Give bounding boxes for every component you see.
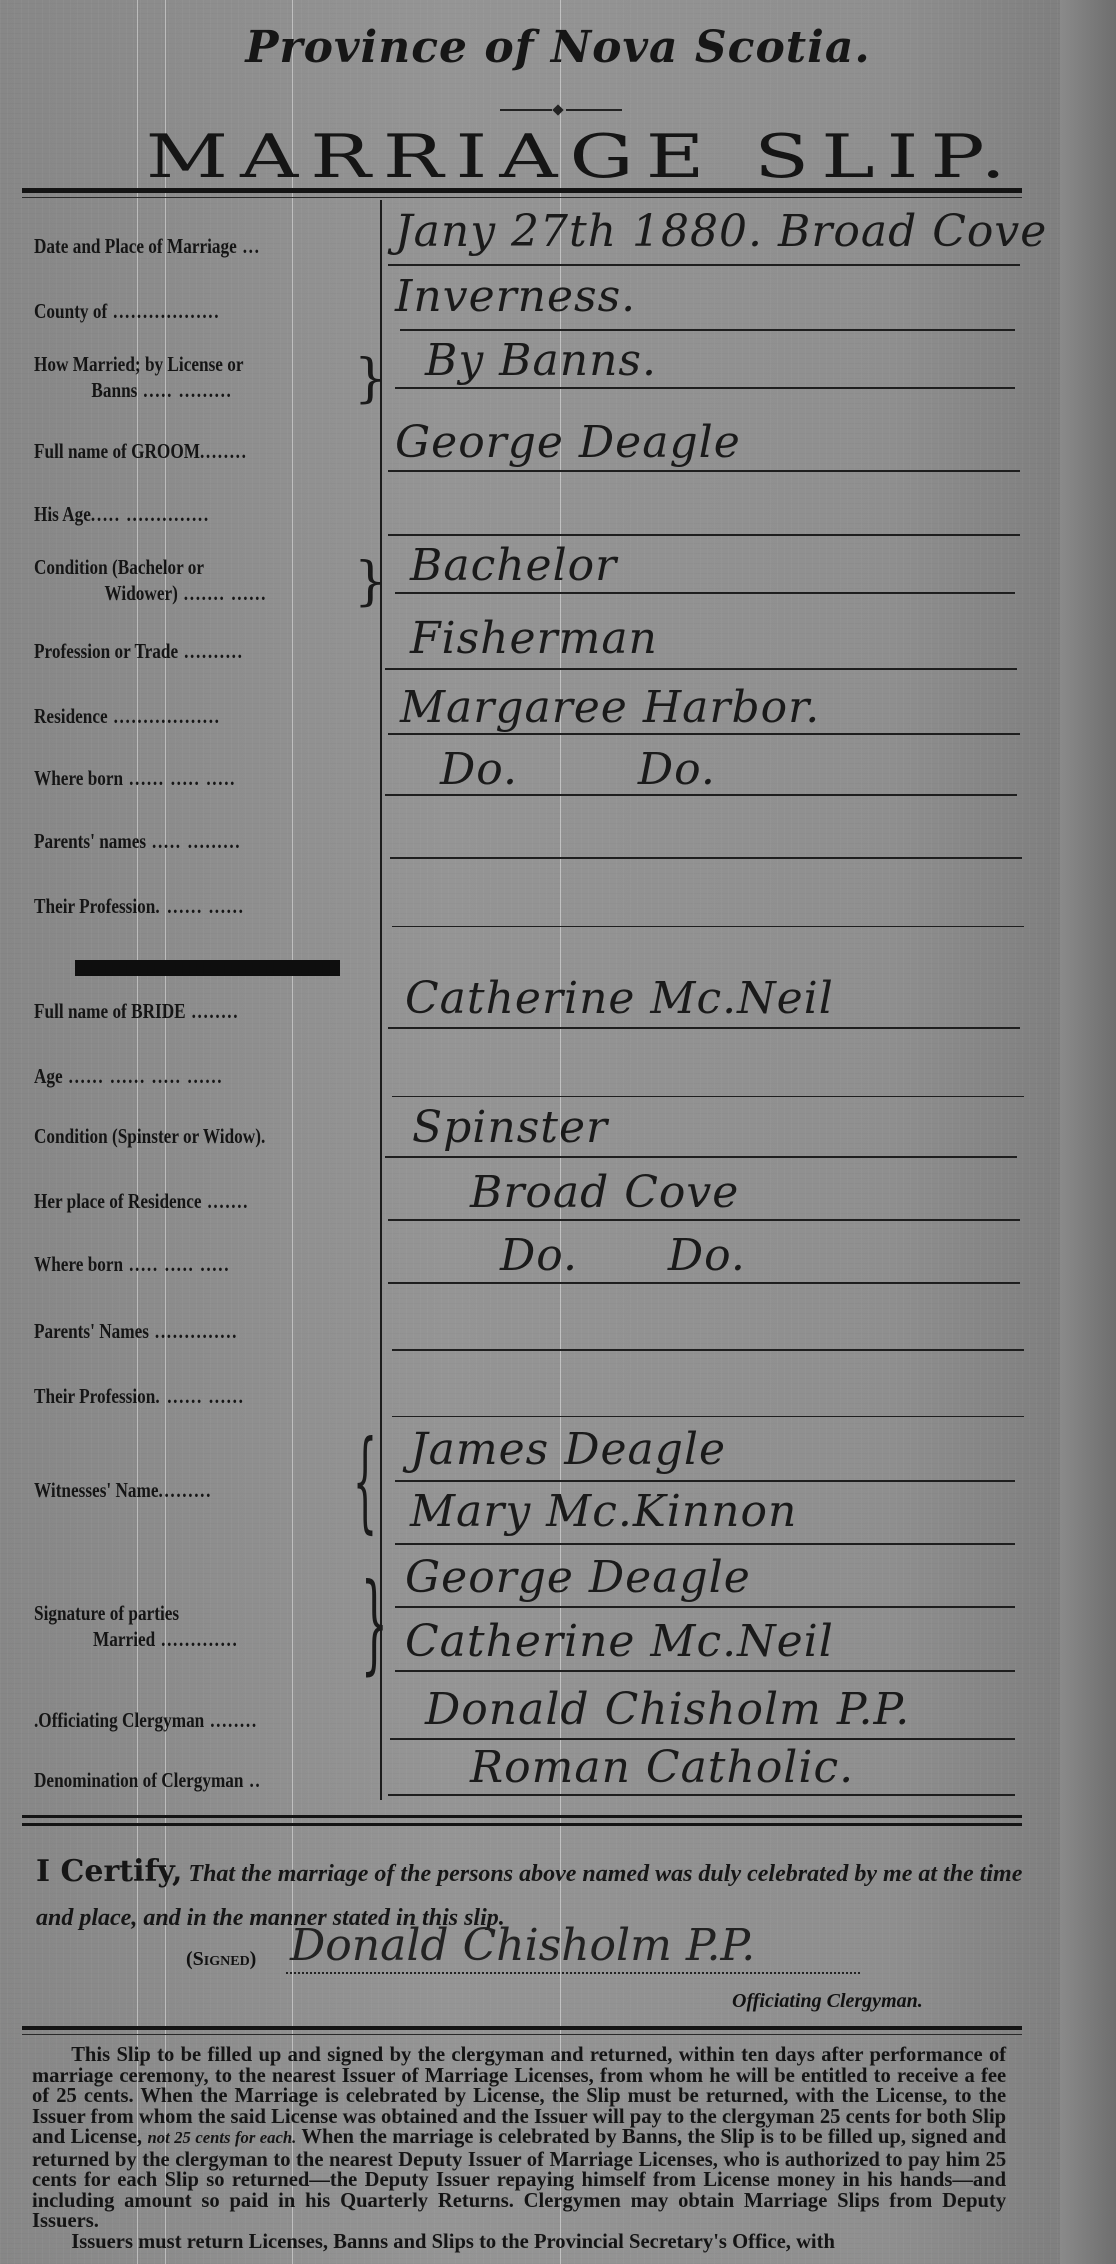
document-title-text: MARRIAGE SLIP. — [52, 122, 1018, 192]
field-value-bride-name[interactable]: Catherine Mc.Neil — [405, 973, 834, 1024]
fill-line — [385, 1156, 1017, 1158]
fill-line — [388, 1027, 1020, 1029]
field-label: Denomination of Clergyman .. — [34, 1768, 317, 1793]
column-divider — [380, 200, 382, 1800]
field-value-date-place[interactable]: Jany 27th 1880. Broad Cove — [395, 206, 1047, 257]
field-label: Full name of BRIDE ........ — [34, 999, 317, 1024]
field-value-witness-1[interactable]: James Deagle — [410, 1424, 726, 1475]
fill-line — [395, 1480, 1015, 1482]
signed-label: (Signed) — [186, 1948, 256, 1971]
field-value-bride-birthplace[interactable]: Do. Do. — [500, 1230, 746, 1281]
field-label: Where born ...... ..... ..... — [34, 766, 317, 791]
field-label: How Married; by License or Banns ..... .… — [34, 351, 317, 403]
fill-line — [395, 387, 1015, 389]
section-rule — [22, 1823, 1022, 1826]
ornament-divider — [500, 106, 622, 114]
field-value-groom-profession[interactable]: Fisherman — [410, 613, 658, 664]
field-value-witness-2[interactable]: Mary Mc.Kinnon — [410, 1486, 797, 1537]
signature-line — [286, 1972, 860, 1974]
field-value-groom-residence[interactable]: Margaree Harbor. — [400, 682, 820, 733]
field-value-bride-residence[interactable]: Broad Cove — [470, 1167, 739, 1218]
notice-paragraph-2: Issuers must return Licenses, Banns and … — [32, 2231, 1006, 2252]
section-rule-thin — [22, 2034, 1022, 2035]
fill-line — [400, 329, 1015, 331]
section-rule — [22, 1815, 1022, 1818]
fill-line — [392, 926, 1024, 927]
field-label: Her place of Residence ....... — [34, 1189, 317, 1214]
fill-line — [392, 1096, 1024, 1097]
field-value-denomination[interactable]: Roman Catholic. — [470, 1742, 854, 1793]
field-value-groom-signature[interactable]: George Deagle — [405, 1552, 751, 1603]
brace: } — [354, 349, 387, 409]
brace: } — [353, 1436, 378, 1546]
field-label: .Officiating Clergyman ........ — [34, 1708, 317, 1733]
fill-line — [385, 794, 1017, 796]
page-edge-shadow — [1060, 0, 1116, 2264]
field-value-how-married[interactable]: By Banns. — [425, 335, 657, 386]
field-label: Where born ..... ..... ..... — [34, 1252, 317, 1277]
field-label: Profession or Trade .......... — [34, 639, 317, 664]
fill-line — [395, 592, 1015, 594]
instructions-notice: This Slip to be filled up and signed by … — [32, 2044, 1006, 2251]
brace: } — [354, 552, 387, 612]
fill-line — [388, 1282, 1020, 1284]
field-label: Witnesses' Name......... — [34, 1478, 317, 1503]
fill-line — [395, 1670, 1015, 1672]
fill-line — [388, 733, 1020, 735]
field-value-groom-condition[interactable]: Bachelor — [410, 540, 617, 591]
field-label: Condition (Spinster or Widow). — [34, 1124, 317, 1149]
fill-line — [392, 1416, 1024, 1417]
field-label: County of .................. — [34, 299, 317, 324]
field-label: Age ...... ...... ..... ...... — [34, 1064, 317, 1089]
field-label: Their Profession. ...... ...... — [34, 894, 317, 919]
fill-line — [390, 1738, 1015, 1740]
section-separator-bar — [75, 960, 340, 976]
province-heading: Province of Nova Scotia. — [0, 22, 1116, 73]
clergyman-signature[interactable]: Donald Chisholm P.P. — [290, 1920, 755, 1971]
field-label: His Age..... .............. — [34, 502, 317, 527]
fill-line — [390, 857, 1022, 859]
fill-line — [388, 264, 1020, 266]
field-label: Date and Place of Marriage ... — [34, 234, 317, 259]
fill-line — [385, 668, 1017, 670]
field-value-county[interactable]: Inverness. — [395, 271, 636, 322]
brace: } — [361, 1570, 388, 1678]
field-label: Signature of parties Married ...........… — [34, 1600, 317, 1652]
field-label: Their Profession. ...... ...... — [34, 1384, 317, 1409]
header-rule-thin — [22, 197, 1022, 198]
signature-role: Officiating Clergyman. — [732, 1990, 923, 2013]
fill-line — [395, 1606, 1015, 1608]
certify-lead: I Certify, — [36, 1854, 182, 1889]
field-label: Condition (Bachelor or Widower) ....... … — [34, 554, 317, 606]
field-value-groom-name[interactable]: George Deagle — [395, 417, 741, 468]
field-label: Residence .................. — [34, 704, 317, 729]
field-value-clergyman[interactable]: Donald Chisholm P.P. — [425, 1684, 910, 1735]
field-label: Parents' names ..... ......... — [34, 829, 317, 854]
fill-line — [392, 1349, 1024, 1351]
fill-line — [388, 470, 1020, 472]
fill-line — [395, 1543, 1015, 1545]
document-title: MARRIAGE SLIP. — [52, 122, 1052, 192]
field-value-bride-signature[interactable]: Catherine Mc.Neil — [405, 1616, 834, 1667]
field-value-groom-birthplace[interactable]: Do. Do. — [440, 744, 716, 795]
header-rule — [22, 188, 1022, 193]
field-label: Full name of GROOM........ — [34, 439, 317, 464]
fill-line — [388, 1794, 1015, 1796]
fill-line — [388, 1219, 1020, 1221]
section-rule — [22, 2026, 1022, 2030]
notice-paragraph-1: This Slip to be filled up and signed by … — [32, 2044, 1006, 2231]
fill-line — [388, 534, 1020, 536]
field-label: Parents' Names .............. — [34, 1319, 317, 1344]
field-value-bride-condition[interactable]: Spinster — [412, 1102, 608, 1153]
